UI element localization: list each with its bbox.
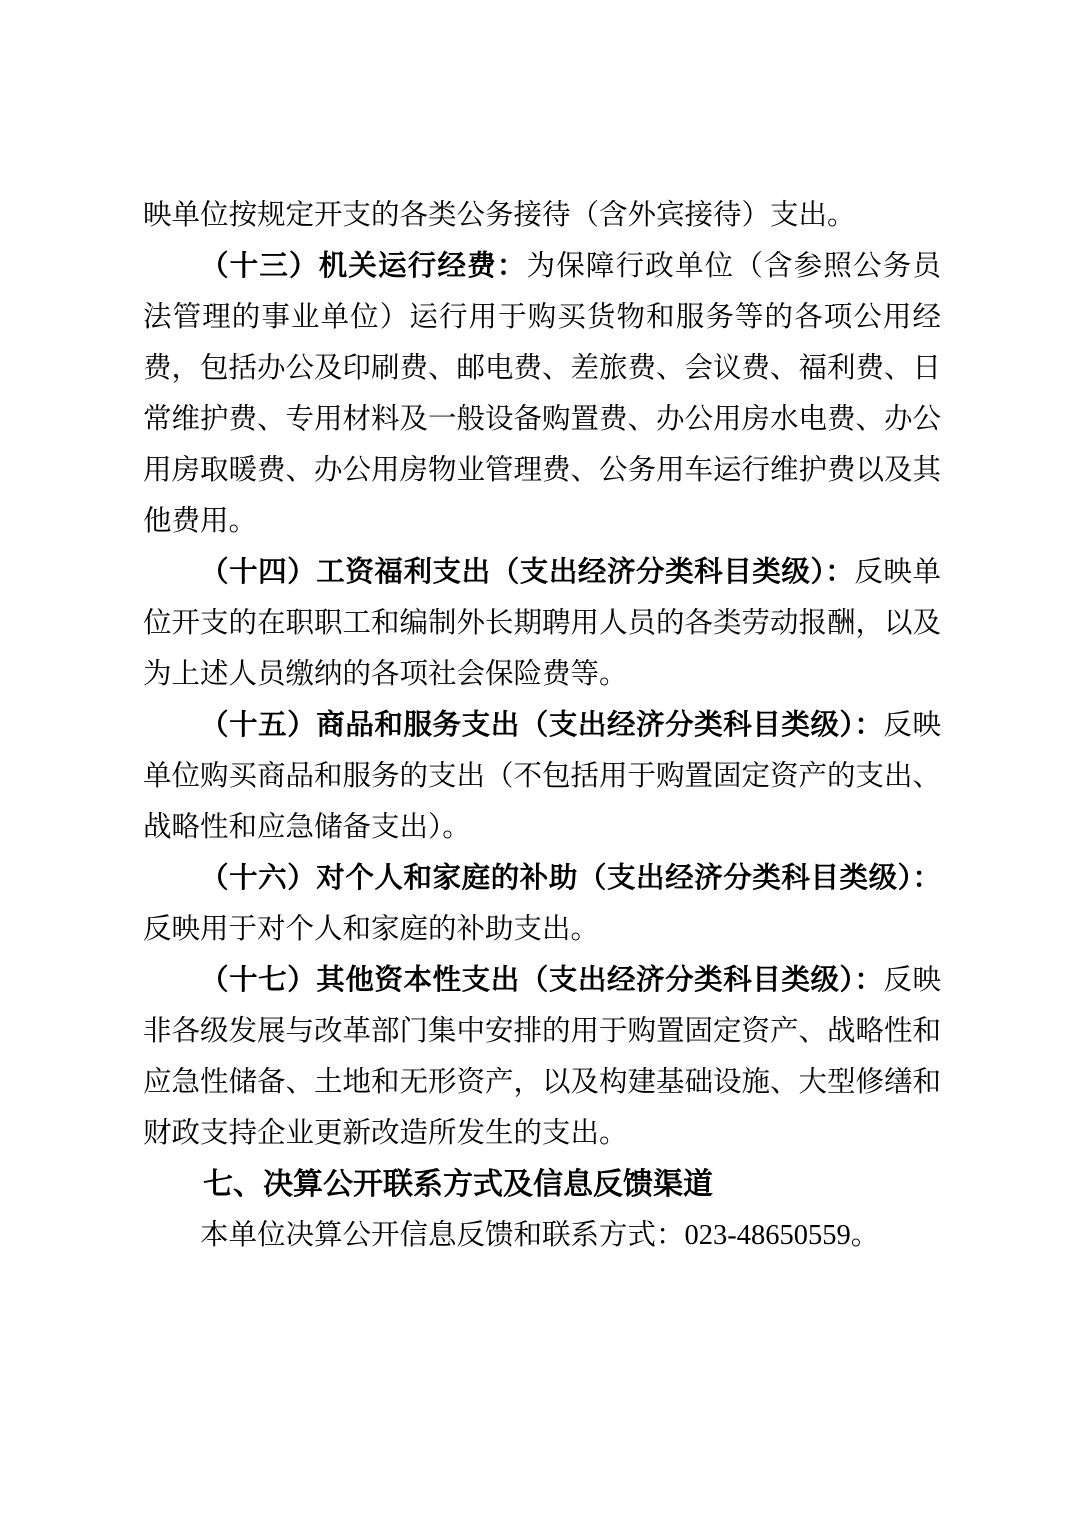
paragraph-lead: （十三）机关运行经费： [200,251,527,282]
paragraph: （十六）对个人和家庭的补助（支出经济分类科目类级）：反映用于对个人和家庭的补助支… [143,853,941,955]
paragraph-text: 映单位按规定开支的各类公务接待（含外宾接待）支出。 [143,200,856,231]
paragraph: 本单位决算公开信息反馈和联系方式：023-48650559。 [143,1210,941,1261]
paragraph-text: 反映用于对个人和家庭的补助支出。 [143,914,599,945]
document-page: 映单位按规定开支的各类公务接待（含外宾接待）支出。（十三）机关运行经费：为保障行… [0,0,1074,1520]
paragraph-lead: （十四）工资福利支出（支出经济分类科目类级）： [200,557,854,588]
paragraph: （十五）商品和服务支出（支出经济分类科目类级）：反映单位购买商品和服务的支出（不… [143,700,941,853]
document-content: 映单位按规定开支的各类公务接待（含外宾接待）支出。（十三）机关运行经费：为保障行… [143,190,941,1261]
paragraph-lead: （十六）对个人和家庭的补助（支出经济分类科目类级）： [200,863,941,894]
paragraph-lead: （十七）其他资本性支出（支出经济分类科目类级）： [200,965,883,996]
section-heading-text: 七、决算公开联系方式及信息反馈渠道 [203,1168,713,1201]
section-heading: 七、决算公开联系方式及信息反馈渠道 [143,1159,941,1210]
paragraph: （十四）工资福利支出（支出经济分类科目类级）：反映单位开支的在职职工和编制外长期… [143,547,941,700]
paragraph-text: 为保障行政单位（含参照公务员法管理的事业单位）运行用于购买货物和服务等的各项公用… [143,251,941,537]
paragraph: （十三）机关运行经费：为保障行政单位（含参照公务员法管理的事业单位）运行用于购买… [143,241,941,547]
paragraph-text: 本单位决算公开信息反馈和联系方式：023-48650559。 [200,1220,879,1251]
paragraph: （十七）其他资本性支出（支出经济分类科目类级）：反映非各级发展与改革部门集中安排… [143,955,941,1159]
paragraph: 映单位按规定开支的各类公务接待（含外宾接待）支出。 [143,190,941,241]
paragraph-lead: （十五）商品和服务支出（支出经济分类科目类级）： [200,710,883,741]
